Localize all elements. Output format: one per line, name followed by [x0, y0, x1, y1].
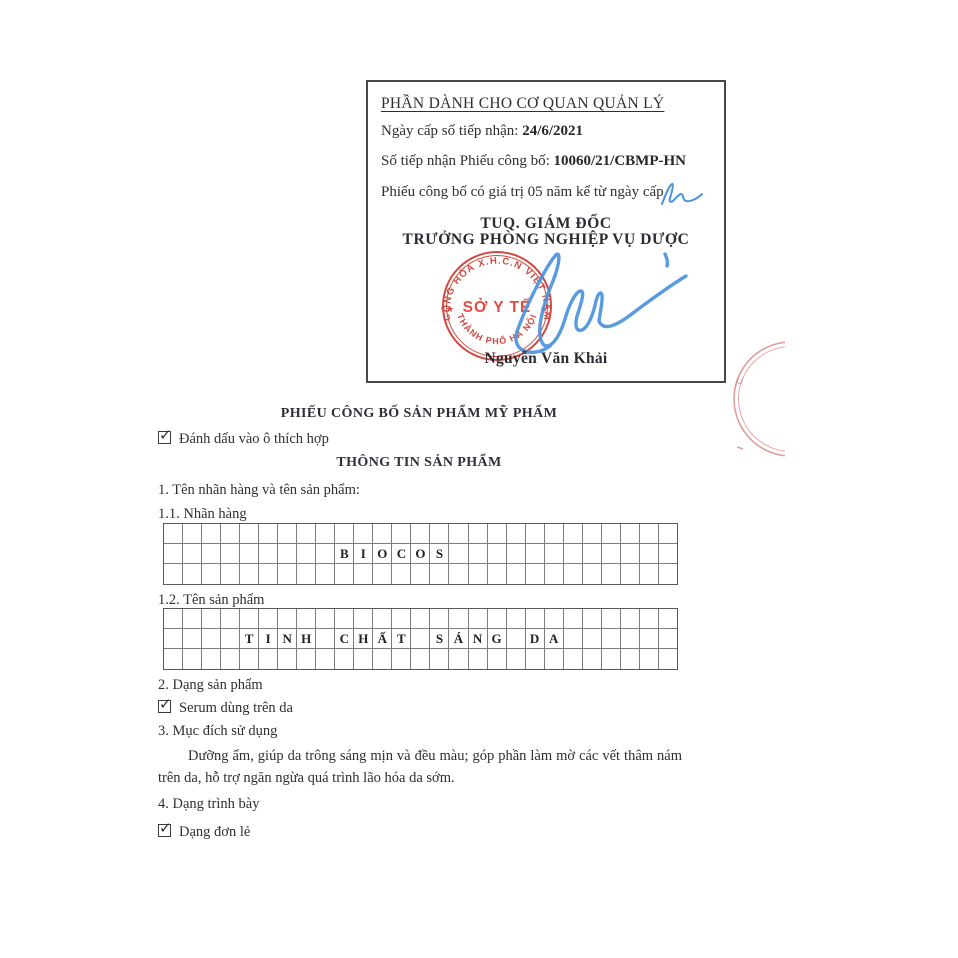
char-cell	[354, 524, 373, 544]
char-cell	[507, 524, 526, 544]
char-cell	[202, 629, 221, 649]
receipt-date-value: 24/6/2021	[522, 123, 583, 139]
char-cell	[202, 564, 221, 584]
char-cell	[507, 609, 526, 629]
char-cell: D	[526, 629, 545, 649]
char-cell	[488, 544, 507, 564]
char-cell: H	[297, 629, 316, 649]
char-cell: C	[335, 629, 354, 649]
char-cell	[316, 544, 335, 564]
char-cell	[183, 564, 202, 584]
char-cell	[583, 629, 602, 649]
char-cell	[183, 524, 202, 544]
item4-option-label: Dạng đơn lẻ	[179, 824, 250, 840]
char-cell	[430, 564, 449, 584]
char-cell	[316, 649, 335, 669]
char-cell	[411, 564, 430, 584]
char-cell	[449, 564, 468, 584]
char-cell	[659, 649, 677, 669]
receipt-date-line: Ngày cấp số tiếp nhận: 24/6/2021	[381, 123, 583, 140]
char-cell	[564, 524, 583, 544]
char-cell	[183, 609, 202, 629]
char-grid-row: BIOCOS	[164, 544, 677, 564]
char-cell	[469, 564, 488, 584]
char-cell	[278, 609, 297, 629]
document-title: PHIẾU CÔNG BỐ SẢN PHẨM MỸ PHẨM	[158, 406, 680, 422]
char-cell	[659, 629, 677, 649]
char-cell	[221, 649, 240, 669]
item4-label: 4. Dạng trình bày	[158, 796, 259, 813]
char-cell	[583, 544, 602, 564]
char-cell	[449, 649, 468, 669]
char-cell	[240, 544, 259, 564]
char-cell	[640, 649, 659, 669]
char-cell	[411, 629, 430, 649]
char-cell	[164, 544, 183, 564]
char-cell	[545, 564, 564, 584]
char-cell	[316, 524, 335, 544]
char-cell	[335, 609, 354, 629]
char-cell	[602, 629, 621, 649]
char-cell	[449, 544, 468, 564]
char-cell	[640, 629, 659, 649]
char-cell	[354, 564, 373, 584]
char-cell	[488, 649, 507, 669]
char-cell	[297, 524, 316, 544]
char-cell: N	[278, 629, 297, 649]
char-cell	[240, 649, 259, 669]
product-name-char-grid[interactable]: TINHCHẤTSÁNGDA	[163, 608, 678, 670]
char-cell	[640, 544, 659, 564]
char-cell	[373, 609, 392, 629]
char-cell: A	[545, 629, 564, 649]
char-cell	[411, 649, 430, 669]
char-cell	[545, 649, 564, 669]
char-cell	[526, 544, 545, 564]
item1-label: 1. Tên nhãn hàng và tên sản phẩm:	[158, 482, 360, 499]
char-cell: N	[469, 629, 488, 649]
check-note-line: Đánh dấu vào ô thích hợp	[158, 431, 329, 448]
char-cell	[659, 544, 677, 564]
char-cell: O	[411, 544, 430, 564]
char-cell	[602, 649, 621, 669]
char-cell	[564, 629, 583, 649]
char-cell	[297, 544, 316, 564]
stamp-left-star-icon: ★	[446, 304, 454, 314]
char-cell	[316, 609, 335, 629]
scanned-document-page: PHẦN DÀNH CHO CƠ QUAN QUẢN LÝ Ngày cấp s…	[0, 0, 958, 958]
handwritten-initial	[655, 181, 705, 209]
char-cell	[659, 609, 677, 629]
validity-line: Phiếu công bố có giá trị 05 năm kể từ ng…	[381, 184, 667, 201]
char-cell	[526, 564, 545, 584]
char-cell	[297, 609, 316, 629]
item2-checked-option: Serum dùng trên da	[158, 700, 293, 717]
char-cell	[621, 544, 640, 564]
char-cell: Ấ	[373, 629, 392, 649]
brand-name-char-grid[interactable]: BIOCOS	[163, 523, 678, 585]
char-cell	[392, 649, 411, 669]
char-cell	[202, 609, 221, 629]
char-cell	[392, 524, 411, 544]
char-grid-row	[164, 609, 677, 629]
char-cell	[259, 544, 278, 564]
char-cell	[564, 609, 583, 629]
char-cell	[240, 609, 259, 629]
signer-name: Nguyễn Văn Khải	[368, 350, 724, 368]
char-cell	[621, 564, 640, 584]
char-cell	[183, 629, 202, 649]
char-cell	[202, 524, 221, 544]
char-cell	[373, 564, 392, 584]
char-cell	[469, 544, 488, 564]
char-cell: H	[354, 629, 373, 649]
char-cell: C	[392, 544, 411, 564]
char-cell	[640, 524, 659, 544]
char-cell	[335, 649, 354, 669]
char-cell	[526, 609, 545, 629]
char-cell	[621, 609, 640, 629]
checked-checkbox-icon[interactable]	[158, 431, 171, 444]
char-cell	[335, 564, 354, 584]
char-grid-row: TINHCHẤTSÁNGDA	[164, 629, 677, 649]
char-cell	[278, 564, 297, 584]
handwritten-signature	[496, 242, 710, 362]
char-cell	[564, 649, 583, 669]
char-cell: T	[392, 629, 411, 649]
char-cell	[621, 649, 640, 669]
receipt-number-value: 10060/21/CBMP-HN	[554, 153, 687, 169]
char-cell	[392, 564, 411, 584]
char-cell	[240, 564, 259, 584]
char-cell	[183, 649, 202, 669]
char-cell	[164, 649, 183, 669]
char-cell	[316, 629, 335, 649]
char-cell	[507, 544, 526, 564]
char-cell	[430, 609, 449, 629]
receipt-number-label: Số tiếp nhận Phiếu công bố:	[381, 153, 554, 169]
char-cell	[545, 524, 564, 544]
char-cell	[640, 564, 659, 584]
char-cell	[278, 544, 297, 564]
char-cell: B	[335, 544, 354, 564]
char-cell	[583, 609, 602, 629]
authority-section-box: PHẦN DÀNH CHO CƠ QUAN QUẢN LÝ Ngày cấp s…	[366, 80, 726, 383]
char-cell	[164, 629, 183, 649]
char-cell	[354, 649, 373, 669]
char-cell	[259, 609, 278, 629]
checked-checkbox-icon[interactable]	[158, 824, 171, 837]
char-cell	[488, 524, 507, 544]
char-cell	[202, 649, 221, 669]
char-cell	[583, 524, 602, 544]
char-cell	[221, 629, 240, 649]
char-cell	[659, 564, 677, 584]
char-cell	[659, 524, 677, 544]
purpose-paragraph: Dưỡng ẩm, giúp da trông sáng mịn và đều …	[158, 746, 682, 790]
char-cell	[392, 609, 411, 629]
item3-label: 3. Mục đích sử dụng	[158, 723, 277, 740]
char-cell	[602, 609, 621, 629]
char-cell	[221, 524, 240, 544]
char-cell	[621, 629, 640, 649]
char-cell	[259, 649, 278, 669]
char-cell	[583, 564, 602, 584]
char-cell	[469, 609, 488, 629]
char-cell: I	[259, 629, 278, 649]
char-cell: O	[373, 544, 392, 564]
char-cell	[240, 524, 259, 544]
char-cell	[278, 524, 297, 544]
item1-2-label: 1.2. Tên sản phẩm	[158, 592, 264, 609]
char-cell	[640, 609, 659, 629]
check-note-label: Đánh dấu vào ô thích hợp	[179, 431, 329, 447]
char-cell	[469, 649, 488, 669]
char-cell	[545, 609, 564, 629]
char-cell: G	[488, 629, 507, 649]
char-cell	[221, 609, 240, 629]
char-cell	[488, 609, 507, 629]
signer-title-1: TUQ. GIÁM ĐỐC	[368, 216, 724, 232]
char-cell: I	[354, 544, 373, 564]
receipt-date-label: Ngày cấp số tiếp nhận:	[381, 123, 522, 139]
char-cell	[583, 649, 602, 669]
char-cell	[221, 564, 240, 584]
char-cell	[221, 544, 240, 564]
char-cell	[602, 544, 621, 564]
item4-checked-option: Dạng đơn lẻ	[158, 824, 250, 841]
char-cell	[430, 649, 449, 669]
char-cell	[621, 524, 640, 544]
char-cell	[488, 564, 507, 584]
char-cell	[278, 649, 297, 669]
char-cell	[373, 649, 392, 669]
char-cell	[545, 544, 564, 564]
char-cell: Á	[449, 629, 468, 649]
char-cell	[449, 524, 468, 544]
char-cell	[469, 524, 488, 544]
authority-heading: PHẦN DÀNH CHO CƠ QUAN QUẢN LÝ	[381, 95, 664, 113]
char-cell	[507, 649, 526, 669]
receipt-number-line: Số tiếp nhận Phiếu công bố: 10060/21/CBM…	[381, 153, 686, 170]
char-cell	[183, 544, 202, 564]
char-cell: S	[430, 544, 449, 564]
char-cell	[259, 564, 278, 584]
char-cell	[564, 564, 583, 584]
char-cell	[164, 524, 183, 544]
char-cell	[602, 524, 621, 544]
char-cell	[507, 564, 526, 584]
char-cell	[354, 609, 373, 629]
char-cell	[507, 629, 526, 649]
item2-label: 2. Dạng sản phẩm	[158, 677, 263, 694]
char-cell	[297, 564, 316, 584]
char-grid-row	[164, 524, 677, 544]
char-cell	[202, 544, 221, 564]
char-cell	[564, 544, 583, 564]
char-cell	[164, 564, 183, 584]
char-cell	[449, 609, 468, 629]
char-cell	[335, 524, 354, 544]
char-cell	[430, 524, 449, 544]
char-cell	[411, 524, 430, 544]
char-cell	[259, 524, 278, 544]
char-cell	[373, 524, 392, 544]
char-cell	[297, 649, 316, 669]
char-cell	[526, 649, 545, 669]
product-info-section-title: THÔNG TIN SẢN PHẨM	[158, 455, 680, 471]
char-grid-row	[164, 564, 677, 584]
char-cell	[316, 564, 335, 584]
item2-option-label: Serum dùng trên da	[179, 700, 293, 716]
checked-checkbox-icon[interactable]	[158, 700, 171, 713]
char-cell: S	[430, 629, 449, 649]
char-cell	[526, 524, 545, 544]
char-grid-row	[164, 649, 677, 669]
char-cell	[602, 564, 621, 584]
char-cell: T	[240, 629, 259, 649]
partial-edge-stamp: C.	[727, 339, 785, 459]
char-cell	[411, 609, 430, 629]
item1-1-label: 1.1. Nhãn hàng	[158, 506, 247, 523]
char-cell	[164, 609, 183, 629]
